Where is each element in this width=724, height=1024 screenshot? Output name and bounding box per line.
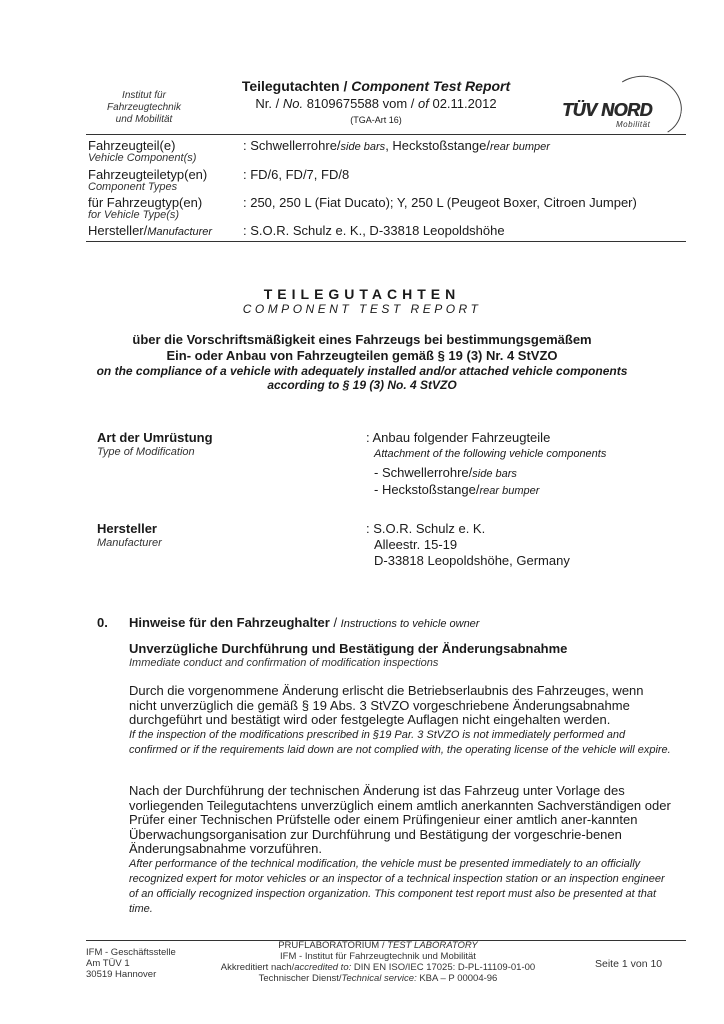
paragraph-license-expiry: Durch die vorgenommene Änderung erlischt… [129,684,674,758]
tga-label: (TGA-Art 16) [226,113,526,127]
modification-label: Art der Umrüstung Type of Modification [97,430,213,460]
footer-address: IFM - Geschäftsstelle Am TÜV 1 30519 Han… [86,947,176,980]
info-row-vehicle-types: für Fahrzeugtyp(en)for Vehicle Type(s) :… [88,196,688,224]
main-title-en: COMPONENT TEST REPORT [0,302,724,316]
paragraph-inspection: Nach der Durchführung der technischen Än… [129,784,674,917]
report-number: Nr. / No. 8109675588 vom / of 02.11.2012 [226,95,526,113]
info-row-components: Fahrzeugteil(e)Vehicle Component(s) : Sc… [88,139,688,168]
info-table: Fahrzeugteil(e)Vehicle Component(s) : Sc… [88,139,688,245]
info-row-component-types: Fahrzeugteiletyp(en)Component Types : FD… [88,168,688,196]
manufacturer-label: Hersteller Manufacturer [97,521,162,551]
main-subtitle-en: on the compliance of a vehicle with adeq… [0,364,724,392]
report-header: Teilegutachten / Component Test Report N… [226,77,526,127]
info-divider [86,241,686,242]
section-0-subheading: Unverzügliche Durchführung und Bestätigu… [129,641,669,670]
institute-name: Institut für Fahrzeugtechnik und Mobilit… [96,90,192,126]
main-subtitle-de: über die Vorschriftsmäßigkeit eines Fahr… [0,332,724,364]
main-title: TEILEGUTACHTEN [0,286,724,302]
report-title: Teilegutachten / Component Test Report [226,77,526,95]
header-divider [86,134,686,135]
modification-value: : Anbau folgender Fahrzeugteile Attachme… [366,430,606,499]
footer-lab-info: PRÜFLABORATORIUM / TEST LABORATORY IFM -… [196,940,560,984]
tuv-nord-logo: TÜV NORD Mobilität [560,76,690,131]
manufacturer-value: : S.O.R. Schulz e. K. Alleestr. 15-19 D-… [366,521,570,569]
page-number: Seite 1 von 10 [595,958,662,970]
